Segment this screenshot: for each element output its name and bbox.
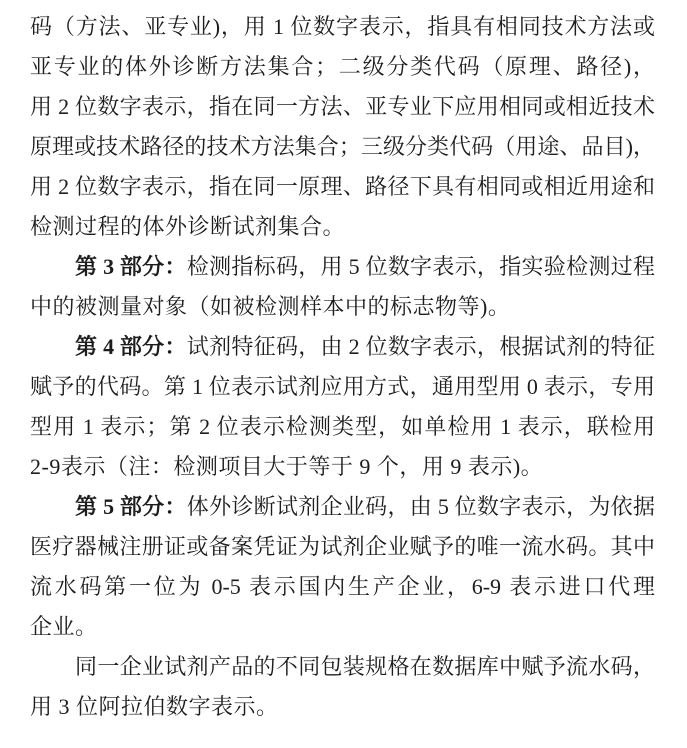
line-text: 赋予的代码。第 1 位表示试剂应用方式，通用型用 0 表示，专用 xyxy=(30,374,655,399)
text-line-1: 码（方法、亚专业)，用 1 位数字表示，指具有相同技术方法或 xyxy=(30,7,655,47)
section-label-part5: 第 5 部分： xyxy=(75,494,187,519)
line-text: 2-9表示（注：检测项目大于等于 9 个，用 9 表示)。 xyxy=(30,454,543,479)
text-line-14: 医疗器械注册证或备案凭证为试剂企业赋予的唯一流水码。其中 xyxy=(30,527,655,567)
text-line-18: 用 3 位阿拉伯数字表示。 xyxy=(30,687,655,727)
document-page: 码（方法、亚专业)，用 1 位数字表示，指具有相同技术方法或 亚专业的体外诊断方… xyxy=(0,0,687,748)
line-text: 用 2 位数字表示，指在同一方法、亚专业下应用相同或相近技术 xyxy=(30,94,655,119)
line-text: 试剂特征码，由 2 位数字表示，根据试剂的特征 xyxy=(187,334,655,359)
line-text: 体外诊断试剂企业码，由 5 位数字表示，为依据 xyxy=(187,494,655,519)
line-text: 中的被测量对象（如被检测样本中的标志物等)。 xyxy=(30,294,510,319)
text-line-15: 流水码第一位为 0-5 表示国内生产企业，6-9 表示进口代理 xyxy=(30,567,655,607)
text-line-2: 亚专业的体外诊断方法集合；二级分类代码（原理、路径)， xyxy=(30,47,655,87)
line-text: 原理或技术路径的技术方法集合；三级分类代码（用途、品目)， xyxy=(30,134,655,159)
line-text: 流水码第一位为 0-5 表示国内生产企业，6-9 表示进口代理 xyxy=(30,574,655,599)
text-line-12: 2-9表示（注：检测项目大于等于 9 个，用 9 表示)。 xyxy=(30,447,655,487)
section-label-part3: 第 3 部分： xyxy=(75,254,187,279)
text-line-9: 第 4 部分：试剂特征码，由 2 位数字表示，根据试剂的特征 xyxy=(30,327,655,367)
line-text: 码（方法、亚专业)，用 1 位数字表示，指具有相同技术方法或 xyxy=(30,14,655,39)
text-line-5: 用 2 位数字表示，指在同一原理、路径下具有相同或相近用途和 xyxy=(30,167,655,207)
section-label-part4: 第 4 部分： xyxy=(75,334,187,359)
line-text: 医疗器械注册证或备案凭证为试剂企业赋予的唯一流水码。其中 xyxy=(30,534,655,559)
line-text: 企业。 xyxy=(30,614,98,639)
line-text: 用 2 位数字表示，指在同一原理、路径下具有相同或相近用途和 xyxy=(30,174,655,199)
text-line-3: 用 2 位数字表示，指在同一方法、亚专业下应用相同或相近技术 xyxy=(30,87,655,127)
text-line-4: 原理或技术路径的技术方法集合；三级分类代码（用途、品目)， xyxy=(30,127,655,167)
line-text: 同一企业试剂产品的不同包装规格在数据库中赋予流水码， xyxy=(75,654,655,679)
text-line-13: 第 5 部分：体外诊断试剂企业码，由 5 位数字表示，为依据 xyxy=(30,487,655,527)
text-line-10: 赋予的代码。第 1 位表示试剂应用方式，通用型用 0 表示，专用 xyxy=(30,367,655,407)
line-text: 检测指标码，用 5 位数字表示，指实验检测过程 xyxy=(187,254,655,279)
line-text: 用 3 位阿拉伯数字表示。 xyxy=(30,694,279,719)
line-text: 亚专业的体外诊断方法集合；二级分类代码（原理、路径)， xyxy=(30,54,655,79)
line-text: 检测过程的体外诊断试剂集合。 xyxy=(30,214,345,239)
text-line-6: 检测过程的体外诊断试剂集合。 xyxy=(30,207,655,247)
text-line-7: 第 3 部分：检测指标码，用 5 位数字表示，指实验检测过程 xyxy=(30,247,655,287)
line-text: 型用 1 表示；第 2 位表示检测类型，如单检用 1 表示，联检用 xyxy=(30,414,655,439)
text-line-11: 型用 1 表示；第 2 位表示检测类型，如单检用 1 表示，联检用 xyxy=(30,407,655,447)
text-line-17: 同一企业试剂产品的不同包装规格在数据库中赋予流水码， xyxy=(30,647,655,687)
text-line-16: 企业。 xyxy=(30,607,655,647)
text-line-8: 中的被测量对象（如被检测样本中的标志物等)。 xyxy=(30,287,655,327)
